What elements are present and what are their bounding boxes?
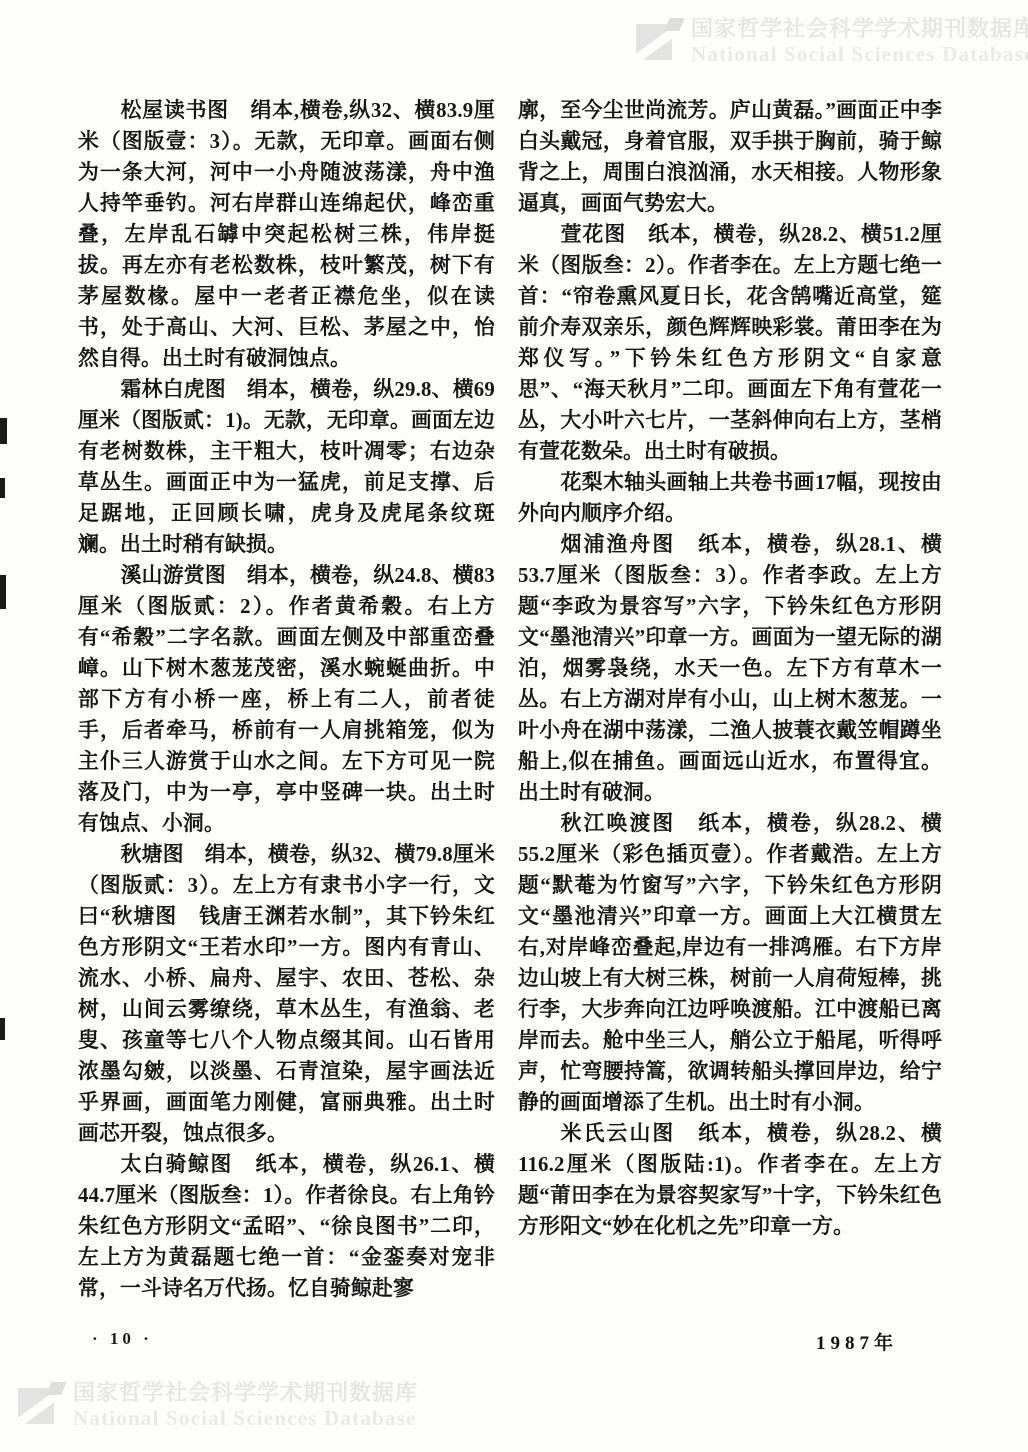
watermark-cn-text: 国家哲学社会科学学术期刊数据库 [73, 1380, 418, 1406]
watermark-cn-text: 国家哲学社会科学学术期刊数据库 [691, 16, 1028, 42]
paragraph-hualimu-zhoutou: 花梨木轴头画轴上共卷书画17幅，现按由外向内顺序介绍。 [518, 467, 942, 529]
paragraph-xishan-youshangtu: 溪山游赏图 绢本，横卷，纵24.8、横83厘米（图版贰：2）。作者黄希穀。右上方… [78, 560, 495, 839]
paragraph-taibai-qijingtu-cont: 廓，至今尘世尚流芳。庐山黄磊。”画面正中李白头戴冠，身着官服，双手拱于胸前，骑于… [518, 95, 942, 219]
watermark-en-text: National Social Sciences Database [691, 42, 1028, 66]
right-column: 廓，至今尘世尚流芳。庐山黄磊。”画面正中李白头戴冠，身着官服，双手拱于胸前，骑于… [518, 95, 942, 1242]
watermark-bottom: 国家哲学社会科学学术期刊数据库 National Social Sciences… [18, 1380, 418, 1430]
scanned-journal-page: 国家哲学社会科学学术期刊数据库 National Social Sciences… [0, 0, 1028, 1452]
paragraph-qiujiang-huandutu: 秋江唤渡图 纸本，横卷，纵28.2、横55.2厘米（彩色插页壹）。作者戴浩。左上… [518, 808, 942, 1118]
paragraph-yanpu-yuzhoutu: 烟浦渔舟图 纸本，横卷，纵28.1、横53.7厘米（图版叁：3）。作者李政。左上… [518, 529, 942, 808]
paragraph-shuanglin-baihutu: 霜林白虎图 绢本，横卷，纵29.8、横69厘米（图版贰：1)。无款，无印章。画面… [78, 374, 495, 560]
watermark-en-text: National Social Sciences Database [73, 1406, 418, 1430]
page-number: · 10 · [92, 1329, 153, 1349]
year-label: 1987年 [816, 1328, 898, 1355]
scan-edge-artifact [0, 418, 7, 444]
left-column: 松屋读书图 绢本,横卷,纵32、横83.9厘米（图版壹：3）。无款，无印章。画面… [78, 95, 495, 1304]
scan-edge-artifact [0, 575, 6, 609]
paragraph-songwu-dushutu: 松屋读书图 绢本,横卷,纵32、横83.9厘米（图版壹：3）。无款，无印章。画面… [78, 95, 495, 374]
paragraph-xuanhuatu: 萱花图 纸本，横卷，纵28.2、横51.2厘米（图版叁：2）。作者李在。左上方题… [518, 219, 942, 467]
nssd-logo-icon [18, 1380, 64, 1430]
watermark-top: 国家哲学社会科学学术期刊数据库 National Social Sciences… [636, 16, 1028, 66]
nssd-logo-icon [636, 16, 682, 66]
scan-edge-artifact [0, 478, 5, 498]
paragraph-qiutangtu: 秋塘图 绢本，横卷，纵32、横79.8厘米（图版贰：3）。左上方有隶书小字一行，… [78, 839, 495, 1149]
paragraph-taibai-qijingtu: 太白骑鲸图 纸本，横卷，纵26.1、横44.7厘米（图版叁：1）。作者徐良。右上… [78, 1149, 495, 1304]
scan-edge-artifact [0, 1018, 5, 1040]
paragraph-mishi-yunshantu: 米氏云山图 纸本，横卷，纵28.2、横116.2厘米（图版陆:1)。作者李在。左… [518, 1118, 942, 1242]
